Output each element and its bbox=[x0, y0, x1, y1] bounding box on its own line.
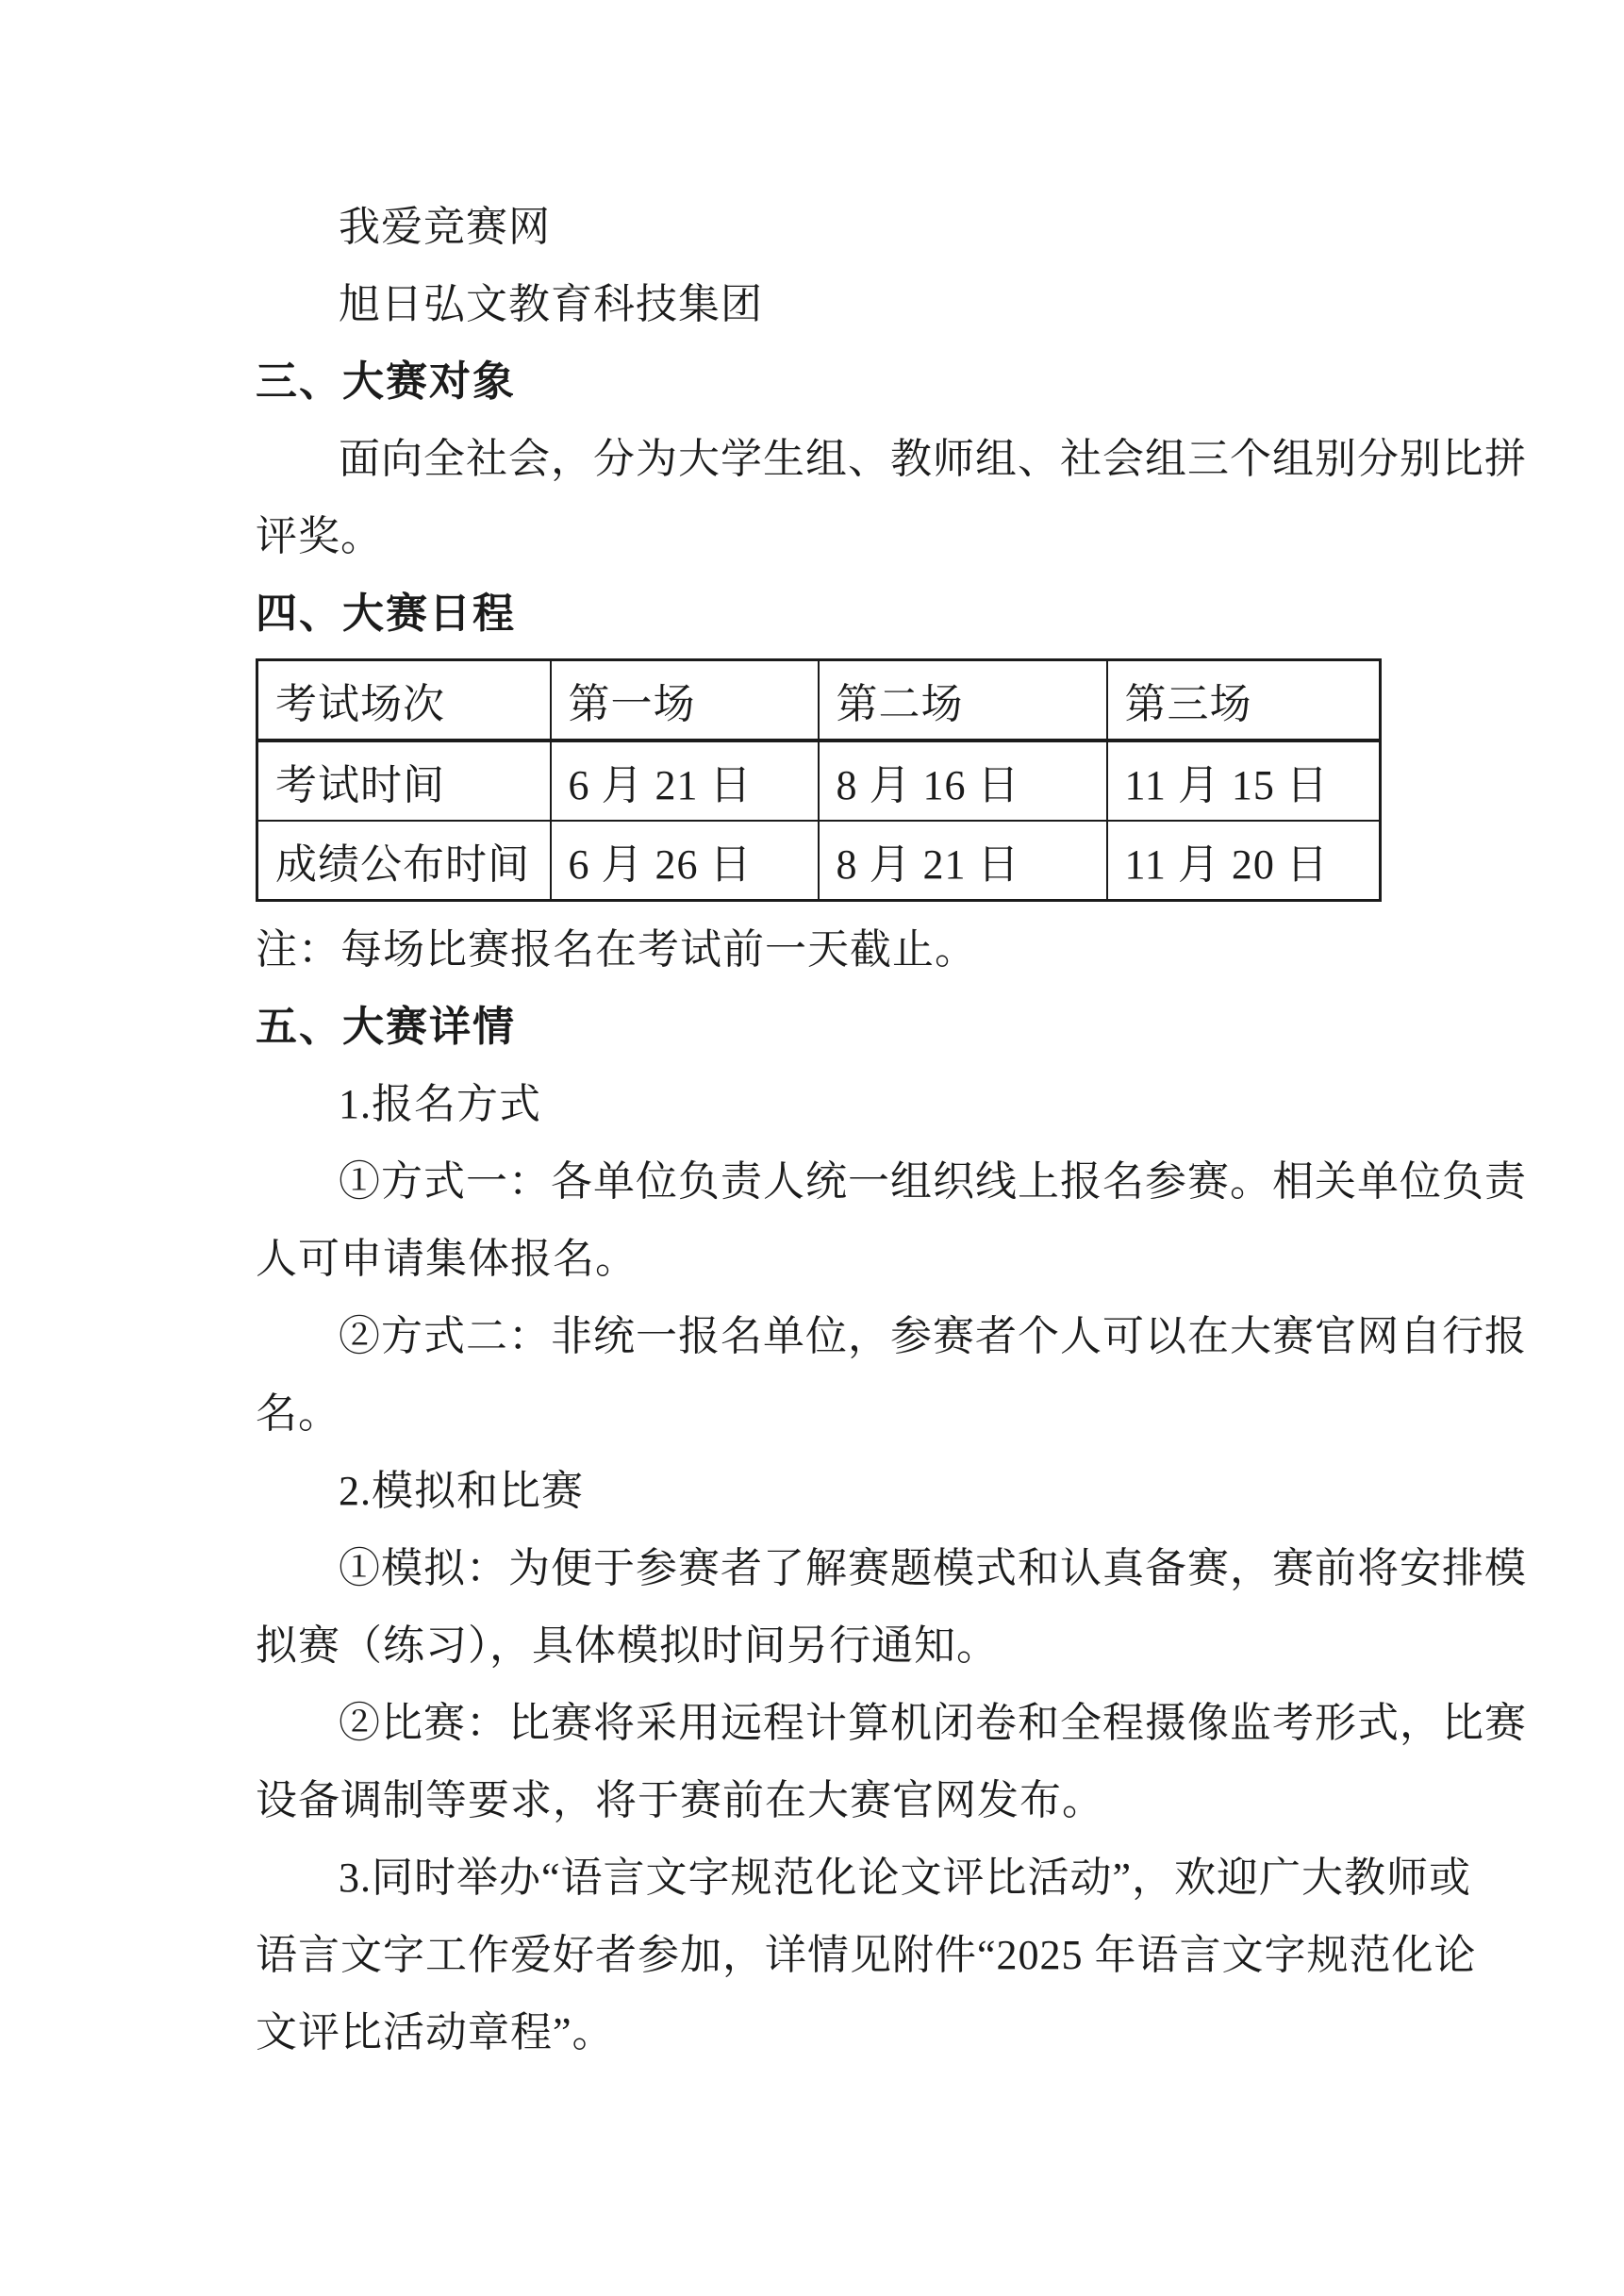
item2-contest-line-1: ②比赛：比赛将采用远程计算机闭卷和全程摄像监考形式，比赛 bbox=[256, 1685, 1461, 1762]
exam-date-round-1: 6 月 21 日 bbox=[551, 740, 819, 821]
item2-contest-line-2: 设备调制等要求，将于赛前在大赛官网发布。 bbox=[256, 1762, 1461, 1839]
section-three-body-line-2: 评奖。 bbox=[256, 498, 1461, 575]
section-three-body-line-1: 面向全社会，分为大学生组、教师组、社会组三个组别分别比拼 bbox=[256, 421, 1461, 498]
item3-line-1: 3.同时举办“语言文字规范化论文评比活动”，欢迎广大教师或 bbox=[256, 1839, 1461, 1917]
exam-date-round-2: 8 月 16 日 bbox=[819, 740, 1107, 821]
schedule-header-session: 考试场次 bbox=[257, 660, 551, 741]
item1-method2-line-1: ②方式二：非统一报名单位，参赛者个人可以在大赛官网自行报 bbox=[256, 1298, 1461, 1375]
item3-line-2: 语言文字工作爱好者参加，详情见附件“2025 年语言文字规范化论 bbox=[256, 1917, 1461, 1994]
item2-mock-line-1: ①模拟：为便于参赛者了解赛题模式和认真备赛，赛前将安排模 bbox=[256, 1530, 1461, 1607]
schedule-note: 注：每场比赛报名在考试前一天截止。 bbox=[256, 911, 1461, 989]
item1-method1-line-2: 人可申请集体报名。 bbox=[256, 1221, 1461, 1298]
result-date-round-1: 6 月 26 日 bbox=[551, 821, 819, 901]
schedule-header-round-1: 第一场 bbox=[551, 660, 819, 741]
section-three-heading: 三、大赛对象 bbox=[256, 343, 1461, 421]
exam-date-round-3: 11 月 15 日 bbox=[1107, 740, 1381, 821]
schedule-table: 考试场次 第一场 第二场 第三场 考试时间 6 月 21 日 8 月 16 日 … bbox=[256, 658, 1382, 902]
item3-line-3: 文评比活动章程”。 bbox=[256, 1994, 1461, 2071]
item1-method2-line-2: 名。 bbox=[256, 1375, 1461, 1453]
schedule-header-round-2: 第二场 bbox=[819, 660, 1107, 741]
schedule-header-row: 考试场次 第一场 第二场 第三场 bbox=[257, 660, 1381, 741]
item2-title: 2.模拟和比赛 bbox=[256, 1453, 1461, 1530]
section-five-heading: 五、大赛详情 bbox=[256, 989, 1461, 1066]
section-four-heading: 四、大赛日程 bbox=[256, 575, 1461, 653]
item1-method1-line-1: ①方式一：各单位负责人统一组织线上报名参赛。相关单位负责 bbox=[256, 1143, 1461, 1221]
exam-date-label: 考试时间 bbox=[257, 740, 551, 821]
organizer-line-2: 旭日弘文教育科技集团 bbox=[256, 266, 1461, 343]
organizer-line-1: 我爱竞赛网 bbox=[256, 189, 1461, 266]
schedule-header-round-3: 第三场 bbox=[1107, 660, 1381, 741]
schedule-exam-date-row: 考试时间 6 月 21 日 8 月 16 日 11 月 15 日 bbox=[257, 740, 1381, 821]
result-date-round-2: 8 月 21 日 bbox=[819, 821, 1107, 901]
document-page: 我爱竞赛网 旭日弘文教育科技集团 三、大赛对象 面向全社会，分为大学生组、教师组… bbox=[256, 189, 1461, 2071]
schedule-result-date-row: 成绩公布时间 6 月 26 日 8 月 21 日 11 月 20 日 bbox=[257, 821, 1381, 901]
result-date-label: 成绩公布时间 bbox=[257, 821, 551, 901]
item2-mock-line-2: 拟赛（练习），具体模拟时间另行通知。 bbox=[256, 1607, 1461, 1685]
result-date-round-3: 11 月 20 日 bbox=[1107, 821, 1381, 901]
item1-title: 1.报名方式 bbox=[256, 1066, 1461, 1143]
